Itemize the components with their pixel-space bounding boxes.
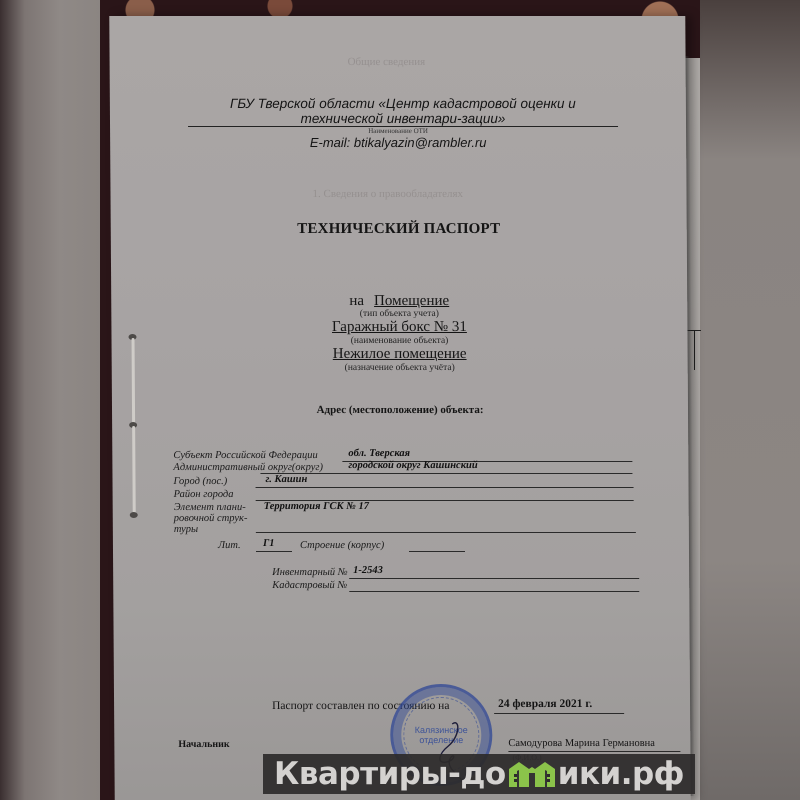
- object-type-caption: (тип объекта учета): [111, 309, 687, 319]
- date-value: 24 февраля 2021 г.: [498, 698, 592, 710]
- watermark-text-before: Квартиры-до: [274, 756, 506, 792]
- binding-stitch: [132, 426, 136, 514]
- blurred-background-right: [700, 0, 800, 800]
- organization-email: E-mail: btikalyazin@rambler.ru: [110, 135, 686, 150]
- bleed-through-text: Общие сведения: [348, 56, 426, 68]
- object-name-caption: (наименование объекта): [111, 336, 687, 346]
- field-value-lit: Г1: [263, 538, 275, 549]
- field-label-district: Административный округ(округ): [173, 462, 323, 473]
- field-value-district: городской округ Кашинский: [348, 460, 477, 471]
- object-type-row: наПомещение: [111, 292, 687, 310]
- field-value-inventory-no: 1-2543: [353, 565, 383, 576]
- stitch-hole: [130, 512, 138, 518]
- organization-caption: Наименование ОТИ: [110, 127, 686, 135]
- field-label-city-area: Район города: [174, 489, 234, 500]
- field-underline: [349, 578, 639, 579]
- field-label-inventory-no: Инвентарный №: [272, 567, 348, 578]
- bleed-through-text: 1. Сведения о правообладателях: [312, 188, 463, 200]
- watermark-text-after: ики.рф: [558, 756, 684, 792]
- organization-name: ГБУ Тверской области «Центр кадастровой …: [188, 96, 618, 127]
- object-name: Гаражный бокс № 31: [111, 319, 687, 336]
- house-logo-icon: [507, 759, 557, 789]
- passport-sheet: Общие сведения 1. Сведения о правооблада…: [109, 16, 690, 800]
- date-underline: [494, 713, 624, 714]
- field-label-subject: Субъект Российской Федерации: [173, 450, 317, 461]
- field-underline: [260, 473, 632, 474]
- field-value-subject: обл. Тверская: [348, 448, 410, 459]
- field-label-lit: Лит.: [218, 540, 241, 551]
- person-name: Самодурова Марина Германовна: [508, 738, 655, 749]
- object-type: Помещение: [374, 293, 449, 309]
- field-underline: [256, 551, 292, 552]
- position-title: Начальник: [178, 739, 229, 750]
- field-value-planning-element: Территория ГСК № 17: [264, 501, 369, 512]
- field-underline: [409, 551, 465, 552]
- object-purpose: Нежилое помещение: [112, 346, 688, 363]
- field-value-city: г. Кашин: [265, 474, 307, 485]
- blurred-background-left: [0, 0, 100, 800]
- name-underline: [508, 751, 680, 752]
- field-label-building: Строение (корпус): [300, 540, 384, 551]
- site-watermark: Квартиры-до ики.рф: [263, 754, 695, 794]
- field-underline: [349, 591, 639, 592]
- field-label-planning-element: Элемент плани- ровочной струк- туры: [174, 502, 248, 535]
- field-underline: [256, 487, 634, 488]
- prefix-na: на: [349, 293, 364, 309]
- document-title: ТЕХНИЧЕСКИЙ ПАСПОРТ: [111, 221, 687, 238]
- table-corner-line: [694, 330, 695, 370]
- address-heading: Адрес (местоположение) объекта:: [112, 404, 688, 416]
- field-label-cadastral-no: Кадастровый №: [272, 580, 347, 591]
- object-purpose-caption: (назначение объекта учёта): [112, 363, 688, 373]
- field-underline: [256, 532, 636, 533]
- field-label-city: Город (пос.): [173, 476, 227, 487]
